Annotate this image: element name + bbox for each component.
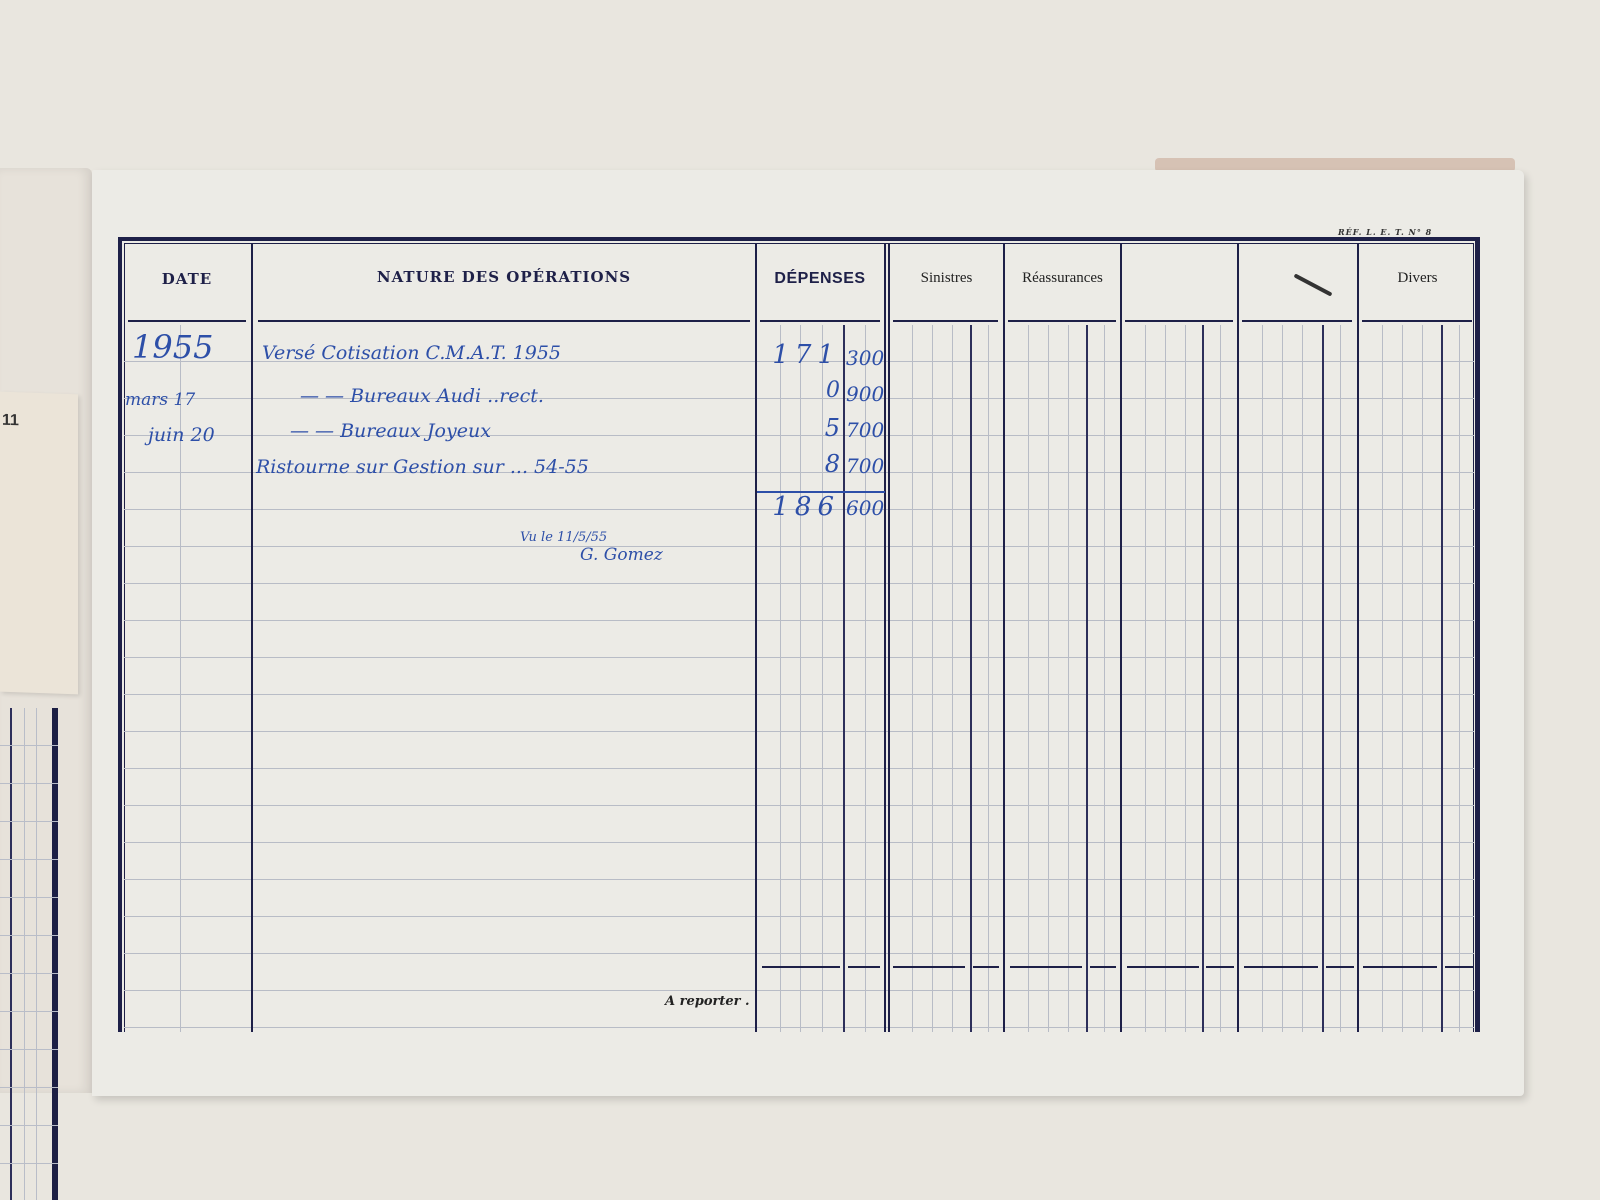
grid-line (912, 325, 913, 1032)
grid-line (988, 325, 989, 1032)
header-rule (893, 320, 998, 322)
subtotal-rule (848, 966, 880, 968)
header-rule (1008, 320, 1116, 322)
divider-date (251, 244, 253, 1032)
grid-line (952, 325, 953, 1032)
cents-divider (1086, 325, 1088, 1032)
header-rule (760, 320, 880, 322)
header-rule (128, 320, 246, 322)
header-reassurances: Réassurances (1005, 270, 1120, 287)
inserted-slip: 11 (0, 392, 78, 695)
grid-line (1104, 325, 1105, 1032)
carry-forward-label: A reporter . (665, 994, 750, 1009)
subtotal-rule (973, 966, 999, 968)
grid-line (932, 325, 933, 1032)
cents-divider (1202, 325, 1204, 1032)
entry-date: juin 20 (148, 424, 215, 446)
entry-francs: 5 (770, 414, 840, 442)
grid-line (1048, 325, 1049, 1032)
subtotal-rule (1010, 966, 1082, 968)
grid-line (1402, 325, 1403, 1032)
header-date: DATE (128, 270, 246, 288)
subtotal-rule (1363, 966, 1437, 968)
divider-nature (755, 244, 757, 1032)
subtotal-rule (762, 966, 840, 968)
entry-centimes: 900 (846, 382, 884, 406)
header-nature: NATURE DES OPÉRATIONS (258, 268, 750, 286)
subtotal-rule (1127, 966, 1199, 968)
entry-nature: — — Bureaux Audi ..rect. (300, 385, 544, 407)
divider-col7 (1357, 244, 1359, 1032)
signature-note: Vu le 11/5/55 (520, 530, 607, 545)
header-rule (1362, 320, 1472, 322)
entry-centimes: 700 (846, 454, 884, 478)
divider-reassurances (1120, 244, 1122, 1032)
total-centimes: 600 (846, 496, 884, 520)
grid-line (1422, 325, 1423, 1032)
divider-depenses-b (888, 244, 890, 1032)
entry-nature: Ristourne sur Gestion sur ... 54-55 (256, 456, 589, 478)
cents-divider (1322, 325, 1324, 1032)
entry-nature: Versé Cotisation C.M.A.T. 1955 (262, 342, 561, 364)
grid-line (1262, 325, 1263, 1032)
grid-line (1068, 325, 1069, 1032)
header-divers: Divers (1359, 270, 1476, 287)
header-rule (1242, 320, 1352, 322)
entry-centimes: 700 (846, 418, 884, 442)
grid-line (1185, 325, 1186, 1032)
grid-line (1220, 325, 1221, 1032)
entry-centimes: 300 (846, 346, 884, 370)
grid-line (1302, 325, 1303, 1032)
entry-francs: 8 (770, 450, 840, 478)
reference-code: RÉF. L. E. T. N° 8 (1338, 227, 1432, 237)
grid-line (1382, 325, 1383, 1032)
subtotal-rule (1326, 966, 1354, 968)
left-page: 11 (0, 168, 92, 1093)
entry-francs: 171 (770, 340, 840, 370)
divider-depenses-a (884, 244, 886, 1032)
subtotal-rule (1244, 966, 1318, 968)
grid-line (1340, 325, 1341, 1032)
left-page-grid (0, 708, 58, 1200)
cents-divider (1441, 325, 1443, 1032)
header-depenses: DÉPENSES (760, 270, 880, 288)
entry-francs: 0 (770, 378, 840, 403)
header-sinistres: Sinistres (890, 270, 1003, 287)
cents-divider (970, 325, 972, 1032)
header-rule (258, 320, 750, 322)
signature-initials: G. Gomez (580, 545, 663, 565)
divider-col6 (1237, 244, 1239, 1032)
slip-number: 11 (2, 412, 19, 431)
grid-line (1282, 325, 1283, 1032)
divider-sinistres (1003, 244, 1005, 1032)
subtotal-rule (893, 966, 965, 968)
entry-nature: — — Bureaux Joyeux (290, 420, 491, 442)
cents-divider (843, 325, 845, 1032)
entry-date-year: 1955 (132, 328, 213, 366)
subtotal-rule (1206, 966, 1234, 968)
grid-line (1165, 325, 1166, 1032)
grid-line (1028, 325, 1029, 1032)
entry-date: mars 17 (125, 390, 195, 410)
subtotal-rule (1445, 966, 1473, 968)
header-rule (1125, 320, 1233, 322)
grid-line (1459, 325, 1460, 1032)
total-francs: 186 (770, 492, 840, 522)
subtotal-rule (1090, 966, 1116, 968)
grid-line (1145, 325, 1146, 1032)
